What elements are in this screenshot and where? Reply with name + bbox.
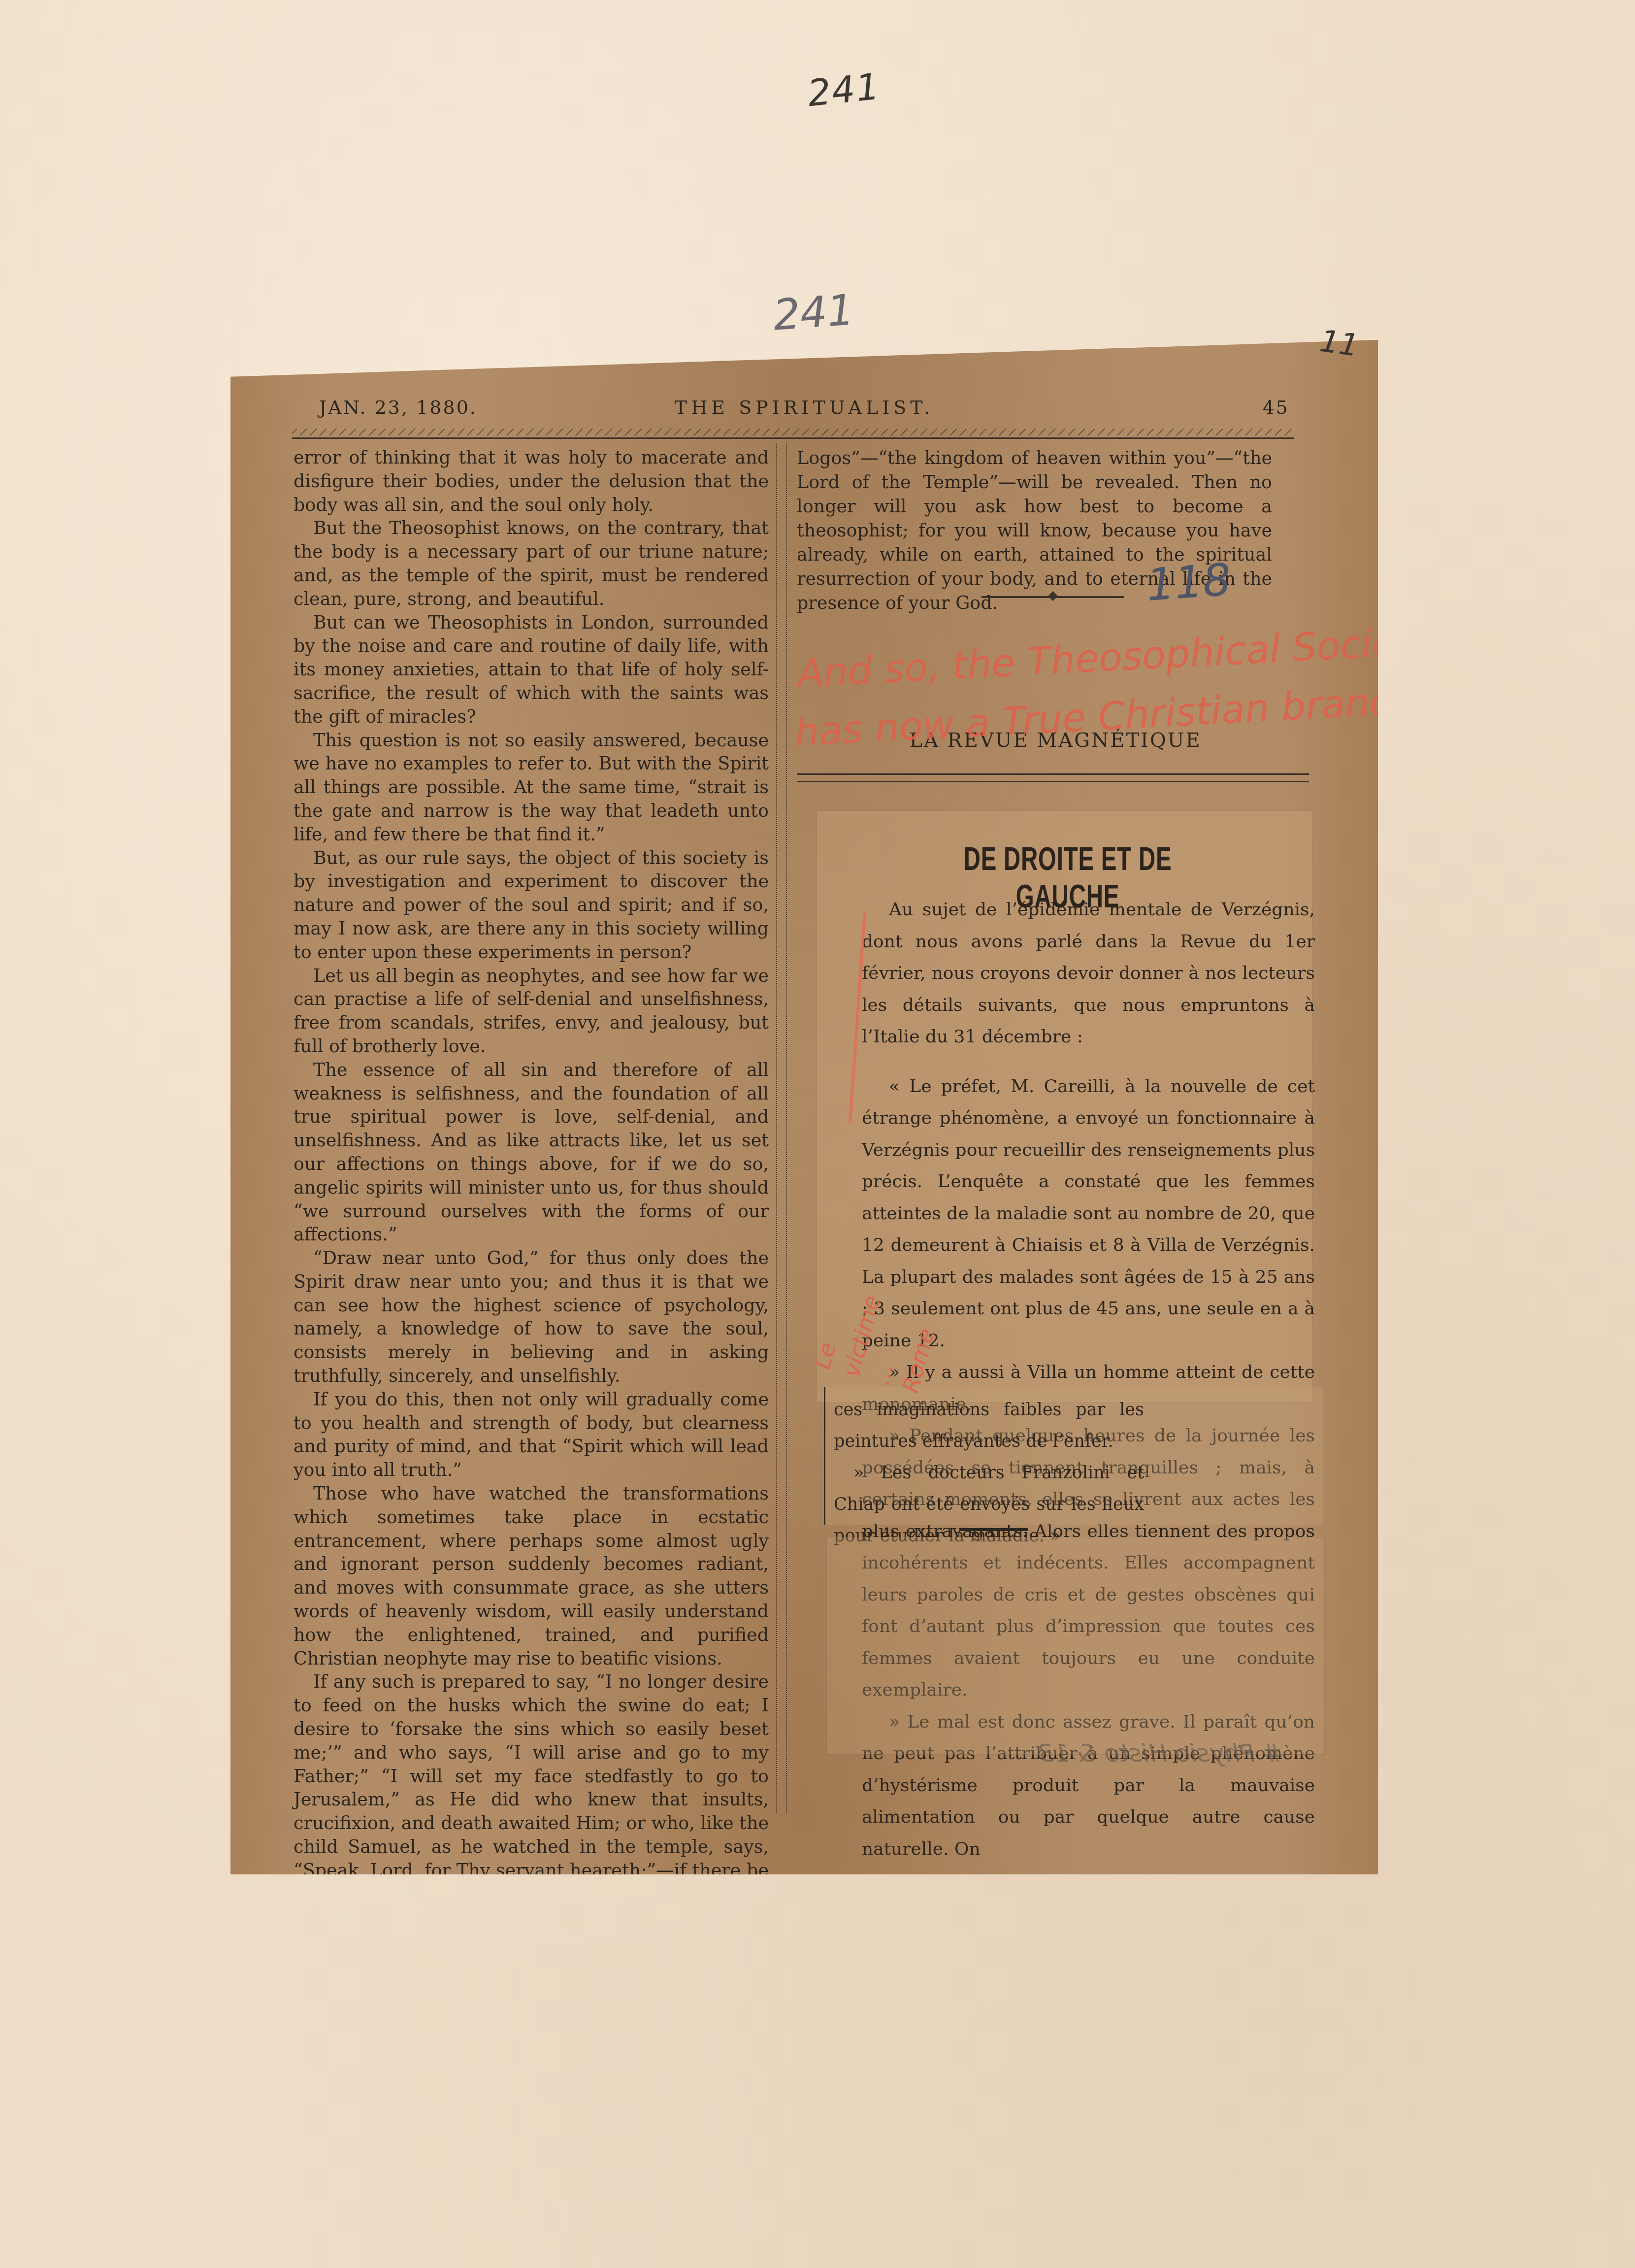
paragraph: error of thinking that it was holy to ma… <box>294 446 769 516</box>
blank-paper-patch <box>826 1537 1325 1755</box>
header-wavy-rule <box>292 429 1294 439</box>
folio-number-second: 241 <box>772 285 856 340</box>
masthead-double-rule <box>797 773 1309 782</box>
paragraph: The essence of all sin and therefore of … <box>294 1058 769 1246</box>
paragraph: Au sujet de l’épidémie mentale de Verzég… <box>862 894 1315 1053</box>
paragraph: ces imaginations faibles par les peintur… <box>834 1394 1144 1457</box>
paragraph: “Draw near unto God,” for thus only does… <box>294 1246 769 1388</box>
paragraph: But can we Theosophists in London, surro… <box>294 611 769 729</box>
left-column: error of thinking that it was holy to ma… <box>294 446 769 2047</box>
page-number: 45 <box>1263 397 1289 418</box>
paragraph: If any such is prepared to say, “I no lo… <box>294 1670 769 2047</box>
folio-number-top: 241 <box>806 66 882 115</box>
paragraph: If you do this, then not only will gradu… <box>294 1388 769 1482</box>
paragraph: Those who have watched the transformatio… <box>294 1482 769 1670</box>
newspaper-clipping: JAN. 23, 1880. THE SPIRITUALIST. 45 erro… <box>230 340 1378 1874</box>
publication-title: THE SPIRITUALIST. <box>319 397 1289 418</box>
corner-mark: 11 <box>1317 323 1361 364</box>
paragraph: But, as our rule says, the object of thi… <box>294 846 769 964</box>
paragraph: But the Theosophist knows, on the contra… <box>294 516 769 610</box>
pencil-number-118: 118 <box>1145 554 1233 611</box>
faded-pencil-note: # Physio Histo & 13 <box>1038 1739 1283 1768</box>
section-ornament <box>981 596 1124 598</box>
end-rule <box>959 1528 1028 1531</box>
paragraph: This question is not so easily answered,… <box>294 729 769 846</box>
column-divider <box>776 443 787 1813</box>
paragraph: Let us all begin as neophytes, and see h… <box>294 964 769 1058</box>
page-header: JAN. 23, 1880. THE SPIRITUALIST. 45 <box>319 397 1289 426</box>
